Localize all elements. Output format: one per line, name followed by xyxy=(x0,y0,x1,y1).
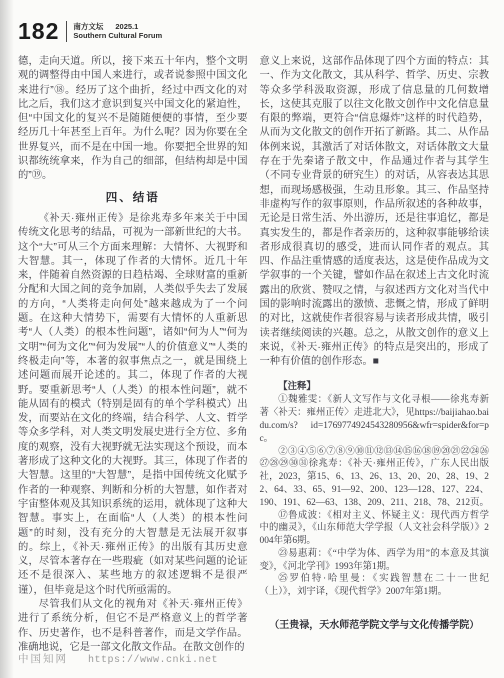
page-header: 182 南方文坛2025.1 Southern Cultural Forum xyxy=(18,19,162,43)
body-paragraph: 意义上来说，这部作品体现了四个方面的特点：其一、作为文化散文，其从科学、哲学、历… xyxy=(260,55,490,370)
cnki-watermark: 中国知网 https://www.cnki.net xyxy=(18,651,218,666)
conclusion-heading: 四、结语 xyxy=(18,191,248,205)
header-divider xyxy=(66,21,67,42)
author-attribution: （王贵禄，天水师范学院文学与文化传播学院） xyxy=(260,619,490,633)
journal-title-cn: 南方文坛2025.1 xyxy=(73,22,138,31)
page-edge-shadow xyxy=(0,0,14,678)
cnki-site-name: 中国知网 xyxy=(18,651,68,666)
note-item: ㉓易惠莉：《“中学为体、西学为用”的本意及其演变》，《河北学刊》1993年第1期… xyxy=(260,548,490,574)
journal-info: 南方文坛2025.1 Southern Cultural Forum xyxy=(73,22,162,41)
note-item: ②③④⑤⑥⑦⑧⑨⑩⑪⑫⑬⑭⑮⑯⑱⑲⑳㉑㉒㉔㉖㉗㉘㉙㉚㉛徐兆寿：《补天·雍州正传》… xyxy=(260,446,490,510)
note-item: ⑰鲁成波：《相对主义、怀疑主义：现代西方哲学中的幽灵》，《山东师范大学学报（人文… xyxy=(260,510,490,548)
body-paragraph: 德，走向天道。所以，接下来五十年内，整个文明观的调整得由中国人来进行，或者说参照… xyxy=(18,55,248,184)
journal-title-en: Southern Cultural Forum xyxy=(73,31,162,40)
body-paragraph: 尽管我们从文化的视角对《补天·雍州正传》进行了系统分析，但它不是严格意义上的哲学… xyxy=(18,598,248,655)
notes-heading: 【注释】 xyxy=(260,381,490,394)
body-paragraph: 《补天·雍州正传》是徐兆寿多年来关于中国传统文化思考的结晶，可视为一部新世纪的大… xyxy=(18,212,248,598)
page-number: 182 xyxy=(18,19,59,43)
left-column: 德，走向天道。所以，接下来五十年内，整个文明观的调整得由中国人来进行，或者说参照… xyxy=(18,55,248,655)
article-body: 德，走向天道。所以，接下来五十年内，整个文明观的调整得由中国人来进行，或者说参照… xyxy=(18,55,489,655)
note-item: ㉕罗伯特·哈里曼：《实践智慧在二十一世纪（上）》，刘宇译，《现代哲学》2007年… xyxy=(260,573,490,599)
right-column: 意义上来说，这部作品体现了四个方面的特点：其一、作为文化散文，其从科学、哲学、历… xyxy=(260,55,490,655)
journal-issue: 2025.1 xyxy=(115,22,138,31)
notes-section: 【注释】 ①魏雅雯：《新人文写作与文化寻根——徐兆寿新著〈补天：雍州正传〉走进北… xyxy=(260,381,490,600)
cnki-url: https://www.cnki.net xyxy=(88,655,218,666)
note-item: ①魏雅雯：《新人文写作与文化寻根——徐兆寿新著〈补天：雍州正传〉走进北大》，见h… xyxy=(260,394,490,445)
